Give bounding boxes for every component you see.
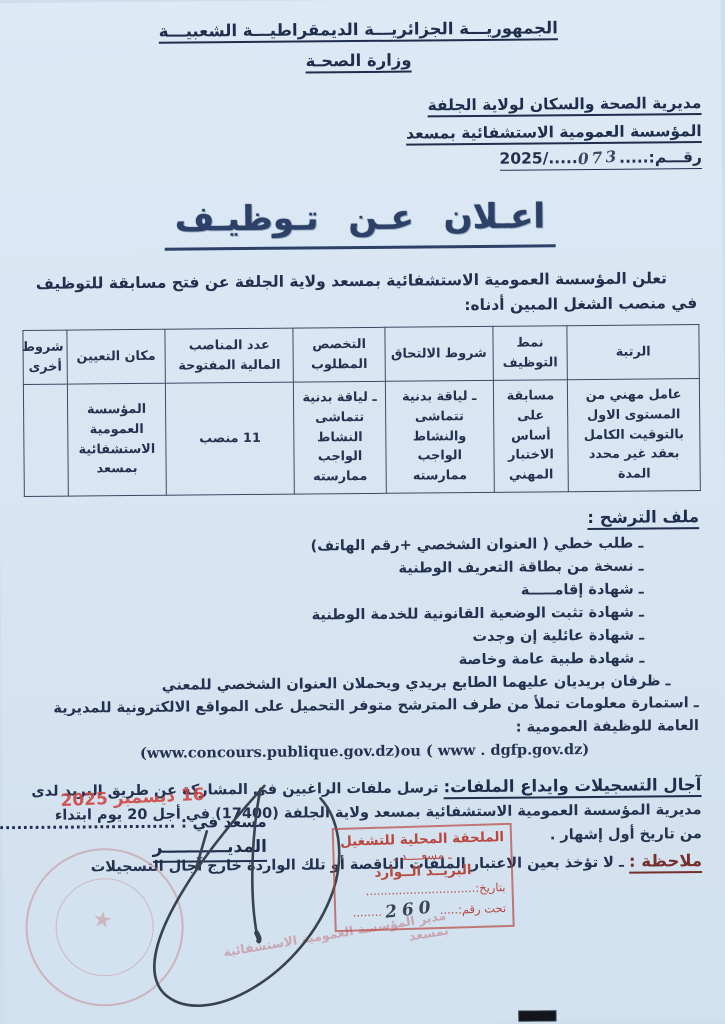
recruitment-table: الرتبة نمط التوظيف شروط الالتحاق التخصص … [22, 324, 700, 497]
signature-block: مسعد في : ..............................… [29, 813, 267, 864]
document-number-value: 073 [577, 147, 620, 169]
table-row: عامل مهني من المستوى الاول بالتوقيت الكا… [23, 379, 700, 497]
page-title: اعـلان عـن تـوظيـف [165, 197, 556, 251]
mail-stamp-number-line: تحت رقم:..... 260 ........ [342, 897, 507, 922]
cell-rank: عامل مهني من المستوى الاول بالتوقيت الكا… [568, 379, 701, 492]
dossier-heading: ملف الترشح : [587, 507, 699, 527]
document-number-dots2: ..... [548, 150, 578, 168]
document-number-dots: ..... [619, 149, 649, 167]
document-number-label: رقـــم: [649, 148, 702, 166]
table-header-other: شروط أخرى [23, 330, 67, 384]
org-institution: المؤسسة العمومية الاستشفائية بمسعد [372, 118, 702, 149]
ministry-header: وزارة الصحـة [0, 42, 721, 80]
websites-line: (www.concours.publique.gov.dz)ou ( www .… [28, 740, 701, 763]
org-block: مديرية الصحة والسكان لولاية الجلفة المؤس… [371, 90, 702, 173]
table-header-positions: عدد المناصب المالية المفتوحة [165, 328, 294, 383]
incoming-mail-stamp: الملحقة المحلية للتشغيل ـ مسعــــد ـ الب… [332, 823, 515, 932]
mail-stamp-incoming: البريــد الــوارد [341, 861, 505, 882]
cell-other [23, 384, 68, 496]
cell-positions: 11 منصب [165, 382, 294, 495]
cell-mode: مسابقة على أساس الاختبار المهني [493, 380, 568, 493]
cell-specialty: ـ لياقة بدنية تتماشى النشاط الواجب ممارس… [294, 381, 386, 494]
redaction-bar [518, 1010, 556, 1021]
place-line: مسعد في : ..............................… [29, 813, 267, 833]
note-heading: ملاحظة : [629, 851, 702, 871]
table-header-row: الرتبة نمط التوظيف شروط الالتحاق التخصص … [23, 325, 699, 385]
document-number-year: 2025/ [499, 150, 548, 168]
director-label: المديـــــــــــر [153, 837, 268, 863]
dossier-section: ملف الترشح : ـ طلب خطي ( العنوان الشخصي … [26, 507, 701, 763]
mail-stamp-number-label: تحت رقم:..... [440, 901, 507, 917]
mail-stamp-number-dots: ........ [352, 905, 382, 920]
table-header-conditions: شروط الالتحاق [385, 326, 494, 381]
mail-stamp-date-line: بتاريخ:.............................. [341, 880, 505, 899]
mail-stamp-number-value: 260 [385, 897, 437, 922]
table-header-mode: نمط التوظيف [493, 326, 568, 381]
deadlines-heading: آجال التسجيلات وايداع الملفات: [443, 775, 701, 796]
table-header-location: مكان التعيين [67, 329, 165, 384]
cell-conditions: ـ لياقة بدنية تتماشى والنشاط الواجب ممار… [385, 380, 494, 493]
cell-location: المؤسسة العمومية الاستشفائية بمسعد [67, 383, 166, 496]
dossier-item: ـ استمارة معلومات تملأ من طرف المترشح مت… [28, 692, 701, 744]
document-number: رقـــم: ..... 073 ..... 2025/ [499, 147, 702, 171]
org-directorate: مديرية الصحة والسكان لولاية الجلفة [371, 90, 701, 121]
intro-text: تعلن المؤسسة العمومية الاستشفائية بمسعد … [24, 267, 697, 322]
star-icon: ★ [91, 907, 114, 934]
table-header-specialty: التخصص المطلوب [293, 327, 385, 382]
document-page: الجمهوريـــة الجزائريـــة الديمقراطيـــة… [0, 0, 725, 1024]
table-header-rank: الرتبة [567, 325, 699, 380]
